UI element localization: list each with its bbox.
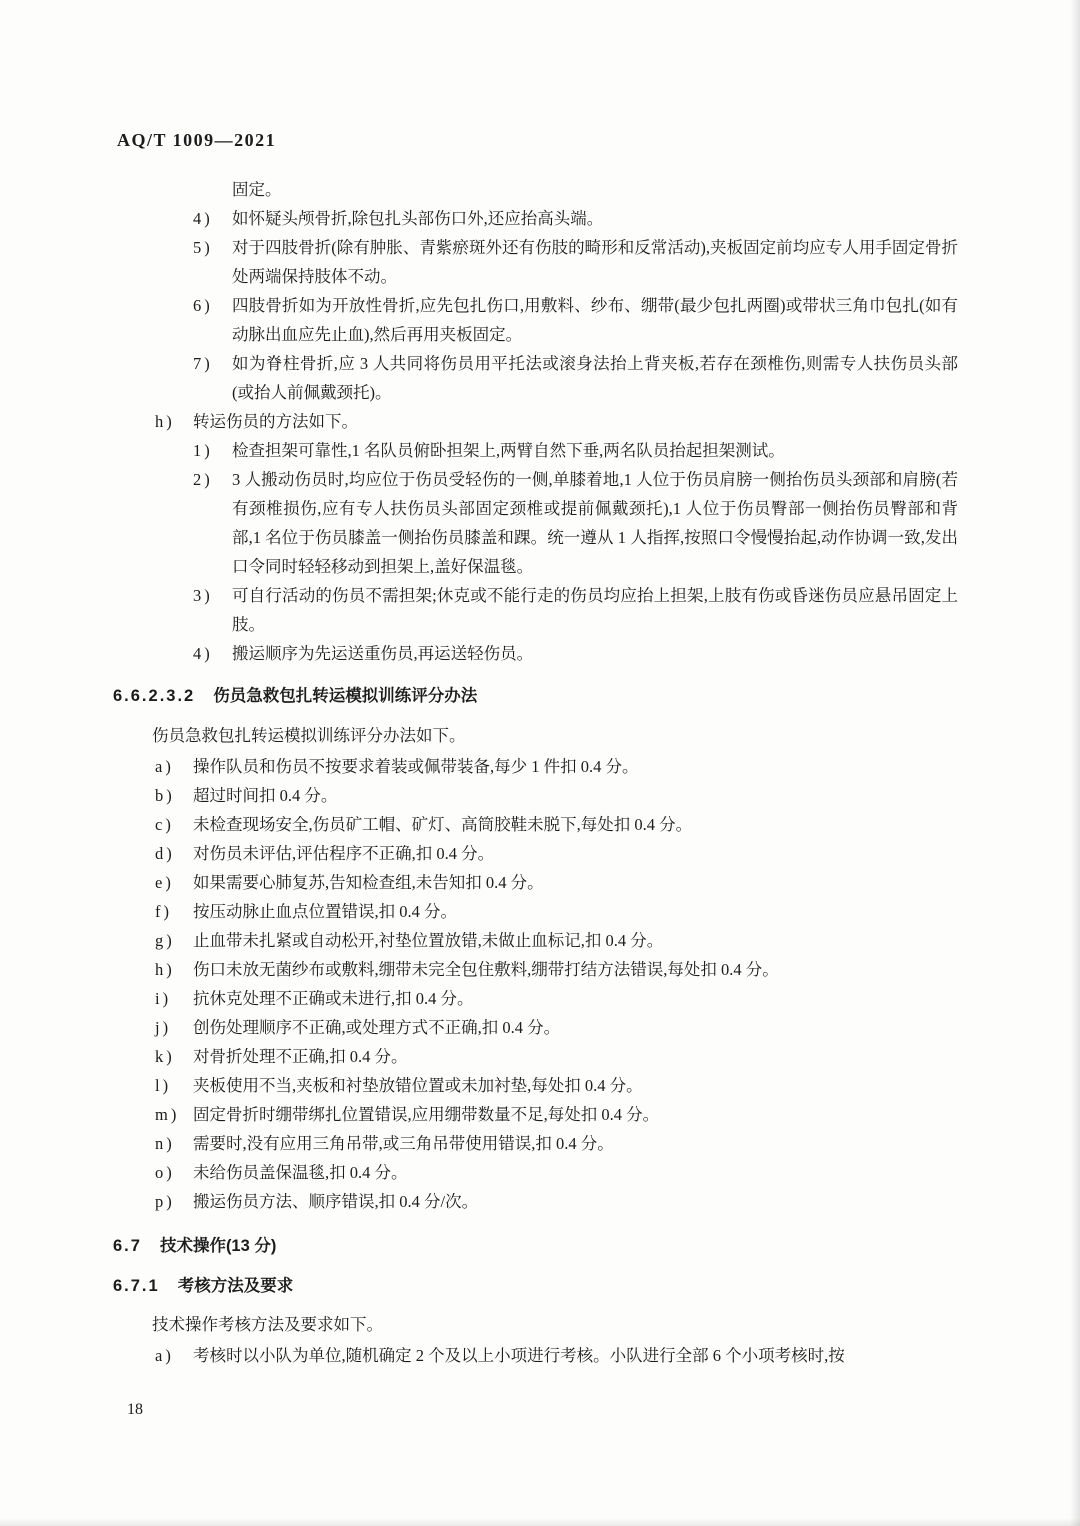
list-item-text: 四肢骨折如为开放性骨折,应先包扎伤口,用敷料、纱布、绷带(最少包扎两圈)或带状三… (232, 296, 958, 344)
list-item-text: 对骨折处理不正确,扣 0.4 分。 (193, 1047, 408, 1066)
scan-edge (1070, 0, 1080, 1526)
scoring-item-i: i) 抗休克处理不正确或未进行,扣 0.4 分。 (113, 984, 958, 1013)
list-marker: a) (155, 1341, 174, 1370)
list-item-text: 需要时,没有应用三角吊带,或三角吊带使用错误,扣 0.4 分。 (193, 1134, 614, 1153)
section-title: 伤员急救包扎转运模拟训练评分办法 (213, 687, 477, 705)
list-item-h1: 1) 检查担架可靠性,1 名队员俯卧担架上,两臂自然下垂,两名队员抬起担架测试。 (113, 436, 958, 465)
list-item-text: 操作队员和伤员不按要求着装或佩带装备,每少 1 件扣 0.4 分。 (193, 757, 639, 776)
list-item-text: 可自行活动的伤员不需担架;休克或不能行走的伤员均应抬上担架,上肢有伤或昏迷伤员应… (232, 586, 958, 634)
document-body: 固定。 4) 如怀疑头颅骨折,除包扎头部伤口外,还应抬高头端。 5) 对于四肢骨… (113, 175, 958, 1370)
list-item-4: 4) 如怀疑头颅骨折,除包扎头部伤口外,还应抬高头端。 (113, 204, 958, 233)
list-marker: b) (155, 781, 175, 810)
scoring-item-h: h) 伤口未放无菌纱布或敷料,绷带未完全包住敷料,绷带打结方法错误,每处扣 0.… (113, 955, 958, 984)
list-item-text: 超过时间扣 0.4 分。 (193, 786, 337, 805)
list-marker: 6) (193, 291, 213, 320)
list-item-text: 固定骨折时绷带绑扎位置错误,应用绷带数量不足,每处扣 0.4 分。 (193, 1105, 659, 1124)
scoring-item-n: n) 需要时,没有应用三角吊带,或三角吊带使用错误,扣 0.4 分。 (113, 1129, 958, 1158)
scan-edge (0, 1518, 1080, 1526)
list-marker: e) (155, 868, 174, 897)
list-item-text: 对伤员未评估,评估程序不正确,扣 0.4 分。 (193, 844, 494, 863)
list-marker: j) (155, 1013, 171, 1042)
scoring-item-o: o) 未给伤员盖保温毯,扣 0.4 分。 (113, 1158, 958, 1187)
list-marker: i) (155, 984, 171, 1013)
scoring-item-a: a) 操作队员和伤员不按要求着装或佩带装备,每少 1 件扣 0.4 分。 (113, 752, 958, 781)
list-marker: h) (155, 407, 175, 436)
list-item-h3: 3) 可自行活动的伤员不需担架;休克或不能行走的伤员均应抬上担架,上肢有伤或昏迷… (113, 581, 958, 639)
list-item-text: 如果需要心肺复苏,告知检查组,未告知扣 0.4 分。 (193, 873, 544, 892)
scoring-item-g: g) 止血带未扎紧或自动松开,衬垫位置放错,未做止血标记,扣 0.4 分。 (113, 926, 958, 955)
section-heading-6-7: 6.7技术操作(13 分) (113, 1232, 958, 1261)
scoring-item-j: j) 创伤处理顺序不正确,或处理方式不正确,扣 0.4 分。 (113, 1013, 958, 1042)
list-item-text: 按压动脉止血点位置错误,扣 0.4 分。 (193, 902, 457, 921)
list-marker: k) (155, 1042, 175, 1071)
standard-code-header: AQ/T 1009—2021 (117, 130, 276, 151)
list-item-text: 3 人搬动伤员时,均应位于伤员受轻伤的一侧,单膝着地,1 人位于伤员肩膀一侧抬伤… (232, 470, 958, 576)
list-item-7: 7) 如为脊柱骨折,应 3 人共同将伤员用平托法或滚身法抬上背夹板,若存在颈椎伤… (113, 349, 958, 407)
list-item-text: 转运伤员的方法如下。 (193, 412, 358, 431)
list-item-text: 未检查现场安全,伤员矿工帽、矿灯、高筒胶鞋未脱下,每处扣 0.4 分。 (193, 815, 692, 834)
section-number: 6.6.2.3.2 (113, 687, 195, 705)
list-marker: a) (155, 752, 174, 781)
list-marker: 1) (193, 436, 213, 465)
section-number: 6.7 (113, 1237, 142, 1255)
list-item-text: 夹板使用不当,夹板和衬垫放错位置或未加衬垫,每处扣 0.4 分。 (193, 1076, 643, 1095)
list-item-text: 搬运顺序为先运送重伤员,再运送轻伤员。 (232, 644, 533, 663)
scoring-item-l: l) 夹板使用不当,夹板和衬垫放错位置或未加衬垫,每处扣 0.4 分。 (113, 1071, 958, 1100)
scoring-item-p: p) 搬运伤员方法、顺序错误,扣 0.4 分/次。 (113, 1187, 958, 1216)
list-marker: 4) (193, 204, 213, 233)
scoring-item-k: k) 对骨折处理不正确,扣 0.4 分。 (113, 1042, 958, 1071)
section-title: 技术操作(13 分) (160, 1237, 276, 1255)
section-title: 考核方法及要求 (178, 1277, 294, 1295)
list-item-5: 5) 对于四肢骨折(除有肿胀、青紫瘀斑外还有伤肢的畸形和反常活动),夹板固定前均… (113, 233, 958, 291)
list-item-h2: 2) 3 人搬动伤员时,均应位于伤员受轻伤的一侧,单膝着地,1 人位于伤员肩膀一… (113, 465, 958, 581)
section-number: 6.7.1 (113, 1277, 160, 1295)
list-marker: 2) (193, 465, 213, 494)
list-marker: g) (155, 926, 175, 955)
list-item-text: 如怀疑头颅骨折,除包扎头部伤口外,还应抬高头端。 (232, 209, 603, 228)
scoring-item-b: b) 超过时间扣 0.4 分。 (113, 781, 958, 810)
list-item-text: 检查担架可靠性,1 名队员俯卧担架上,两臂自然下垂,两名队员抬起担架测试。 (232, 441, 785, 460)
list-marker: d) (155, 839, 175, 868)
list-item-text: 抗休克处理不正确或未进行,扣 0.4 分。 (193, 989, 474, 1008)
tech-item-a: a) 考核时以小队为单位,随机确定 2 个及以上小项进行考核。小队进行全部 6 … (113, 1341, 958, 1370)
section-heading-6-6-2-3-2: 6.6.2.3.2伤员急救包扎转运模拟训练评分办法 (113, 682, 958, 711)
list-marker: c) (155, 810, 174, 839)
list-marker: n) (155, 1129, 175, 1158)
list-item-text: 如为脊柱骨折,应 3 人共同将伤员用平托法或滚身法抬上背夹板,若存在颈椎伤,则需… (232, 354, 958, 402)
scoring-item-m: m) 固定骨折时绷带绑扎位置错误,应用绷带数量不足,每处扣 0.4 分。 (113, 1100, 958, 1129)
list-marker: o) (155, 1158, 175, 1187)
list-marker: p) (155, 1187, 175, 1216)
page-number: 18 (127, 1400, 143, 1420)
list-item-6: 6) 四肢骨折如为开放性骨折,应先包扎伤口,用敷料、纱布、绷带(最少包扎两圈)或… (113, 291, 958, 349)
list-marker: 3) (193, 581, 213, 610)
list-marker: 5) (193, 233, 213, 262)
list-marker: f) (155, 897, 172, 926)
list-item-text: 未给伤员盖保温毯,扣 0.4 分。 (193, 1163, 408, 1182)
intro-paragraph: 伤员急救包扎转运模拟训练评分办法如下。 (113, 721, 958, 750)
list-marker: m) (155, 1100, 179, 1129)
document-page: AQ/T 1009—2021 固定。 4) 如怀疑头颅骨折,除包扎头部伤口外,还… (0, 0, 1080, 1526)
list-item-text: 考核时以小队为单位,随机确定 2 个及以上小项进行考核。小队进行全部 6 个小项… (193, 1346, 845, 1365)
scoring-item-d: d) 对伤员未评估,评估程序不正确,扣 0.4 分。 (113, 839, 958, 868)
intro-paragraph: 技术操作考核方法及要求如下。 (113, 1310, 958, 1339)
list-item-h: h) 转运伤员的方法如下。 (113, 407, 958, 436)
list-item-h4: 4) 搬运顺序为先运送重伤员,再运送轻伤员。 (113, 639, 958, 668)
list-item-text: 止血带未扎紧或自动松开,衬垫位置放错,未做止血标记,扣 0.4 分。 (193, 931, 663, 950)
scoring-item-f: f) 按压动脉止血点位置错误,扣 0.4 分。 (113, 897, 958, 926)
list-marker: 7) (193, 349, 213, 378)
list-marker: l) (155, 1071, 171, 1100)
scoring-item-c: c) 未检查现场安全,伤员矿工帽、矿灯、高筒胶鞋未脱下,每处扣 0.4 分。 (113, 810, 958, 839)
list-marker: 4) (193, 639, 213, 668)
scoring-item-e: e) 如果需要心肺复苏,告知检查组,未告知扣 0.4 分。 (113, 868, 958, 897)
list-item-text: 伤口未放无菌纱布或敷料,绷带未完全包住敷料,绷带打结方法错误,每处扣 0.4 分… (193, 960, 779, 979)
section-heading-6-7-1: 6.7.1考核方法及要求 (113, 1272, 958, 1301)
continuation-line: 固定。 (113, 175, 958, 204)
list-item-text: 创伤处理顺序不正确,或处理方式不正确,扣 0.4 分。 (193, 1018, 560, 1037)
list-marker: h) (155, 955, 175, 984)
list-item-text: 搬运伤员方法、顺序错误,扣 0.4 分/次。 (193, 1192, 478, 1211)
list-item-text: 对于四肢骨折(除有肿胀、青紫瘀斑外还有伤肢的畸形和反常活动),夹板固定前均应专人… (232, 238, 958, 286)
